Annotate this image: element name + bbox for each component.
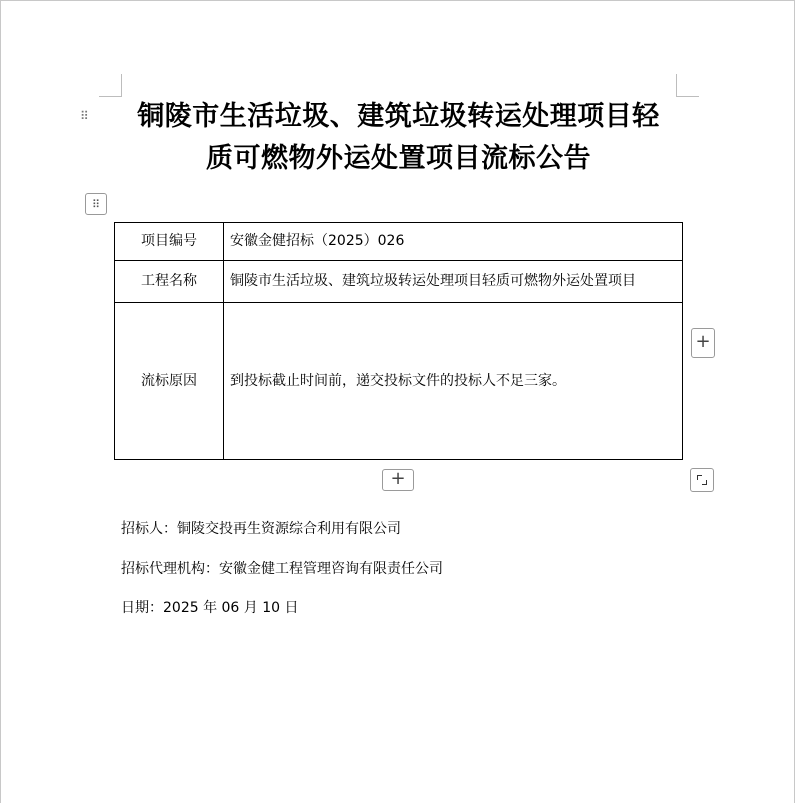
row-value[interactable]: 到投标截止时间前，递交投标文件的投标人不足三家。 xyxy=(224,303,683,460)
tenderer-line: 招标人：铜陵交投再生资源综合利用有限公司 xyxy=(121,520,401,538)
paragraph-drag-handle-icon[interactable]: ⠿ xyxy=(80,110,89,122)
title-line-2: 质可燃物外运处置项目流标公告 xyxy=(111,138,686,180)
row-value[interactable]: 安徽金健招标（2025）026 xyxy=(224,223,683,261)
table-row: 工程名称 铜陵市生活垃圾、建筑垃圾转运处理项目轻质可燃物外运处置项目 xyxy=(115,261,683,303)
document-page: ⠿ 铜陵市生活垃圾、建筑垃圾转运处理项目轻 质可燃物外运处置项目流标公告 ⠿ 项… xyxy=(0,0,795,803)
announcement-table: 项目编号 安徽金健招标（2025）026 工程名称 铜陵市生活垃圾、建筑垃圾转运… xyxy=(114,222,683,460)
add-column-button[interactable]: + xyxy=(691,328,715,358)
margin-corner-top-right xyxy=(676,74,699,97)
margin-corner-top-left xyxy=(99,74,122,97)
date-line: 日期：2025 年 06 月 10 日 xyxy=(121,599,299,617)
title-line-1: 铜陵市生活垃圾、建筑垃圾转运处理项目轻 xyxy=(111,96,686,138)
add-row-button[interactable]: + xyxy=(382,469,414,491)
row-value[interactable]: 铜陵市生活垃圾、建筑垃圾转运处理项目轻质可燃物外运处置项目 xyxy=(224,261,683,303)
document-title: 铜陵市生活垃圾、建筑垃圾转运处理项目轻 质可燃物外运处置项目流标公告 xyxy=(111,96,686,180)
row-label: 流标原因 xyxy=(115,303,224,460)
row-label: 工程名称 xyxy=(115,261,224,303)
table-resize-icon[interactable] xyxy=(690,468,714,492)
table-row: 项目编号 安徽金健招标（2025）026 xyxy=(115,223,683,261)
agency-line: 招标代理机构：安徽金健工程管理咨询有限责任公司 xyxy=(121,560,443,578)
table-row: 流标原因 到投标截止时间前，递交投标文件的投标人不足三家。 xyxy=(115,303,683,460)
row-label: 项目编号 xyxy=(115,223,224,261)
table-drag-handle-icon[interactable]: ⠿ xyxy=(85,193,107,215)
